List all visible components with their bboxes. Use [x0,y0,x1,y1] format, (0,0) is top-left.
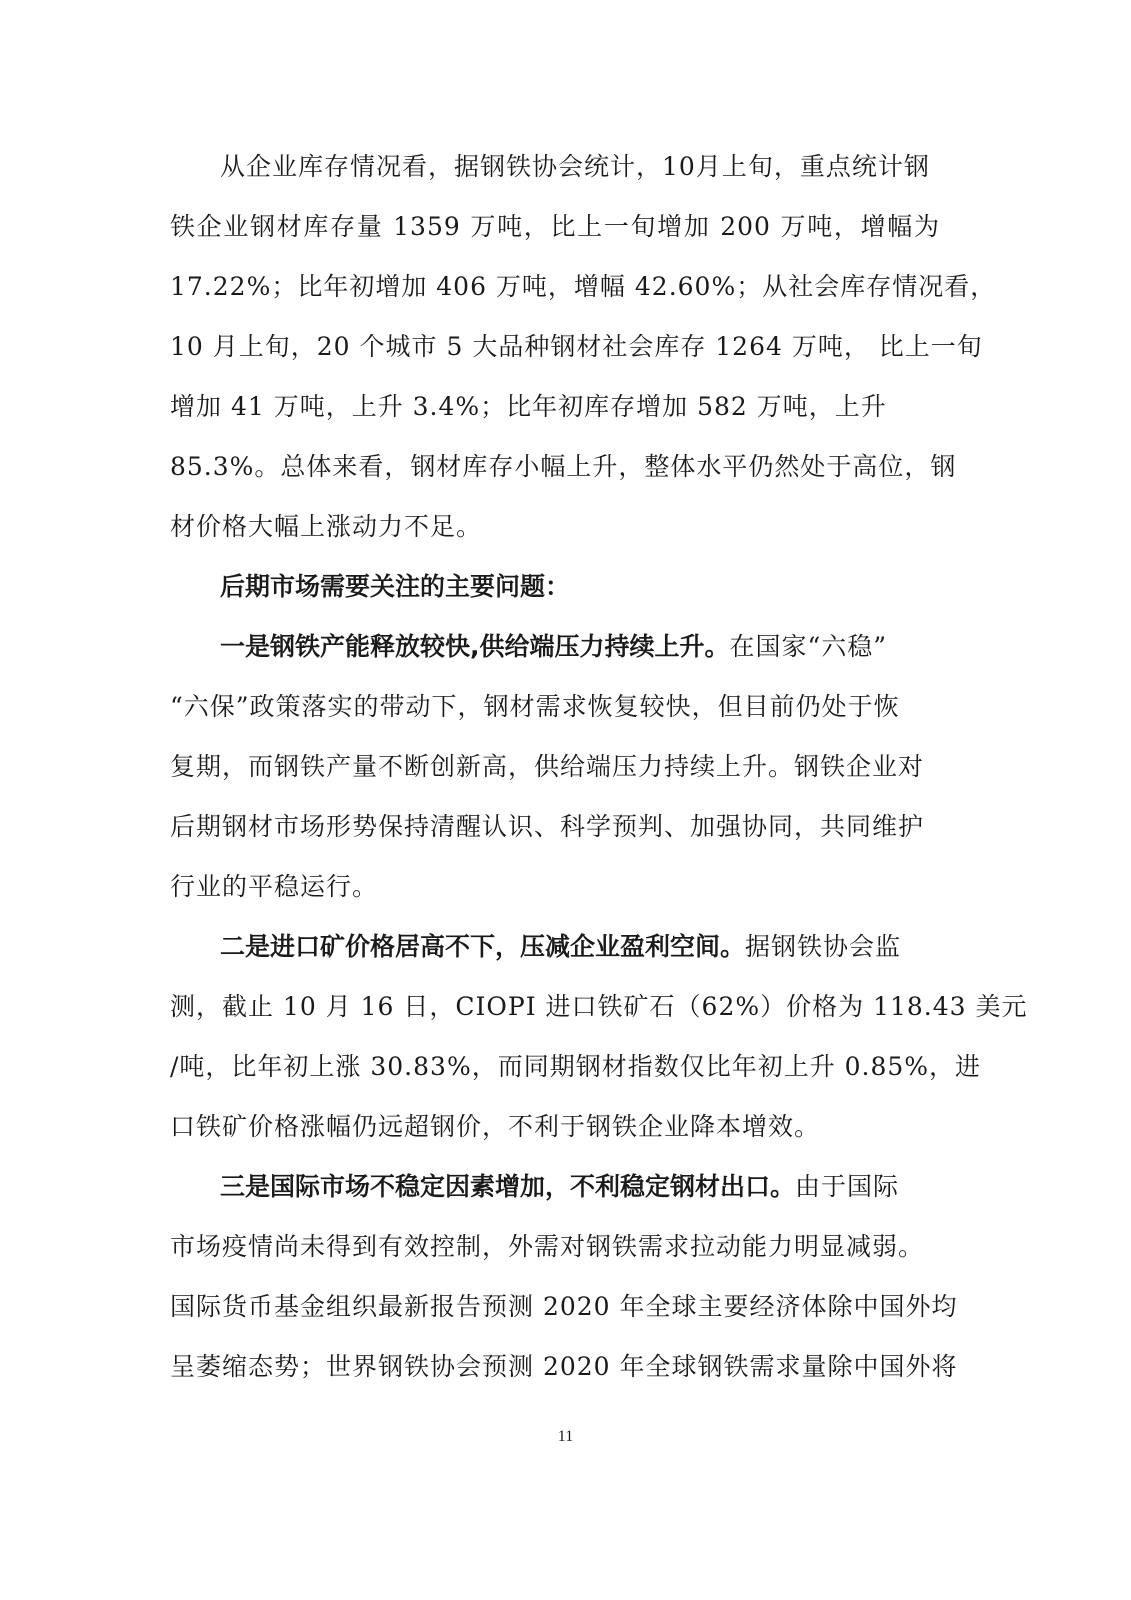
issue-three-line-4: 呈萎缩态势；世界钢铁协会预测 2020 年全球钢铁需求量除中国外将 [170,1347,940,1387]
issue-one-heading: 一是钢铁产能释放较快,供给端压力持续上升。 [220,632,730,661]
issue-two-line-2: 测，截止 10 月 16 日，CIOPI 进口铁矿石（62%）价格为 118.4… [170,987,940,1027]
paragraph-inventory-line-2: 铁企业钢材库存量 1359 万吨，比上一旬增加 200 万吨，增幅为 [170,207,940,247]
section-heading-main-issues: 后期市场需要关注的主要问题： [220,567,940,607]
issue-three-text: 由于国际 [795,1172,899,1201]
paragraph-inventory-line-3: 17.22%；比年初增加 406 万吨，增幅 42.60%；从社会库存情况看， [170,267,940,307]
issue-two-heading: 二是进口矿价格居高不下，压减企业盈利空间。 [220,932,745,961]
issue-three-heading: 三是国际市场不稳定因素增加，不利稳定钢材出口。 [220,1172,795,1201]
issue-three-line-2: 市场疫情尚未得到有效控制，外需对钢铁需求拉动能力明显减弱。 [170,1227,940,1267]
issue-one-line-3: 复期，而钢铁产量不断创新高，供给端压力持续上升。钢铁企业对 [170,747,940,787]
issue-three-line-3: 国际货币基金组织最新报告预测 2020 年全球主要经济体除中国外均 [170,1287,940,1327]
paragraph-inventory-line-5: 增加 41 万吨，上升 3.4%；比年初库存增加 582 万吨，上升 [170,387,940,427]
issue-one-line-5: 行业的平稳运行。 [170,867,940,907]
issue-two-line-4: 口铁矿价格涨幅仍远超钢价，不利于钢铁企业降本增效。 [170,1107,940,1147]
issue-one-line-4: 后期钢材市场形势保持清醒认识、科学预判、加强协同，共同维护 [170,807,940,847]
paragraph-inventory-line-4: 10 月上旬，20 个城市 5 大品种钢材社会库存 1264 万吨， 比上一旬 [170,327,940,367]
page-number: 11 [0,1428,1131,1446]
issue-one-line-2: “六保”政策落实的带动下，钢材需求恢复较快，但目前仍处于恢 [170,687,940,727]
paragraph-inventory-line-1: 从企业库存情况看，据钢铁协会统计，10月上旬，重点统计钢 [220,147,940,187]
issue-three-line-1: 三是国际市场不稳定因素增加，不利稳定钢材出口。由于国际 [220,1167,940,1207]
paragraph-inventory-line-7: 材价格大幅上涨动力不足。 [170,507,940,547]
document-page: 从企业库存情况看，据钢铁协会统计，10月上旬，重点统计钢 铁企业钢材库存量 13… [0,0,1131,1600]
issue-two-text: 据钢铁协会监 [745,932,901,961]
issue-one-text: 在国家“六稳” [730,632,888,661]
paragraph-inventory-line-6: 85.3%。总体来看，钢材库存小幅上升，整体水平仍然处于高位，钢 [170,447,940,487]
issue-two-line-3: /吨，比年初上涨 30.83%，而同期钢材指数仅比年初上升 0.85%，进 [170,1047,940,1087]
issue-one-line-1: 一是钢铁产能释放较快,供给端压力持续上升。在国家“六稳” [220,627,940,667]
issue-two-line-1: 二是进口矿价格居高不下，压减企业盈利空间。据钢铁协会监 [220,927,940,967]
